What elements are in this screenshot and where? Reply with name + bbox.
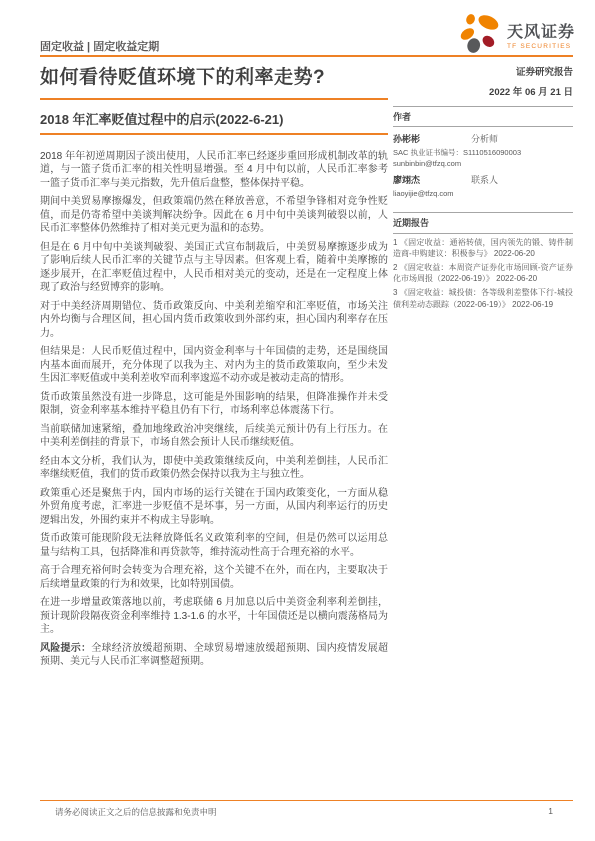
body-paragraph: 但结果是：人民币贬值过程中，国内资金利率与十年国债的走势，还是围绕国内基本面而展… <box>40 345 388 386</box>
body-paragraph: 在进一步增量政策落地以前，考虑联储 6 月加息以后中美资金利率利差倒挂，预计现阶… <box>40 596 388 637</box>
main-column: 如何看待贬值环境下的利率走势? 2018 年汇率贬值过程中的启示(2022-6-… <box>40 62 388 674</box>
subtitle-rule <box>40 133 388 135</box>
body-paragraph: 但是在 6 月中旬中美谈判破裂、美国正式宣布制裁后，中美贸易摩擦逐步成为了影响后… <box>40 241 388 295</box>
author-block: 孙彬彬 分析师 SAC 执业证书编号：S1110516090003 sunbin… <box>393 132 573 198</box>
body-paragraph: 对于中美经济周期错位、货币政策反向、中美利差缩窄和汇率贬值，市场关注内外均衡与合… <box>40 300 388 341</box>
body-paragraph: 当前联储加速紧缩，叠加地缘政治冲突继续，后续美元预计仍有上行压力。在中美利差倒挂… <box>40 423 388 450</box>
brand-subtitle: TF SECURITIES <box>507 43 575 50</box>
footer-rule <box>40 800 573 801</box>
author-name: 廖翊杰 <box>393 173 471 186</box>
report-date: 2022 年 06 月 21 日 <box>393 84 573 98</box>
report-title: 如何看待贬值环境下的利率走势? <box>40 62 388 89</box>
report-body: 2018 年年初逆周期因子淡出使用，人民币汇率已经逐步重回形成机制改革的轨道，与… <box>40 150 388 669</box>
footer-disclaimer: 请务必阅读正文之后的信息披露和免责申明 <box>55 806 217 818</box>
author-role: 分析师 <box>471 132 498 145</box>
header-rule <box>40 55 573 57</box>
report-page: 固定收益 | 固定收益定期 天风证券 TF SECURITIES 如何看待贬值环… <box>0 0 595 841</box>
body-paragraph: 期间中美贸易摩擦爆发，但政策端仍然在释放善意，不希望争锋相对竞争性贬值，而是仍寄… <box>40 195 388 236</box>
author-role: 联系人 <box>471 173 498 186</box>
author-row: 孙彬彬 分析师 <box>393 132 573 145</box>
side-column: 证券研究报告 2022 年 06 月 21 日 作者 孙彬彬 分析师 SAC 执… <box>393 64 573 310</box>
author-email: liaoyijie@tfzq.com <box>393 189 573 198</box>
author-email: sunbinbin@tfzq.com <box>393 159 573 168</box>
report-subtitle: 2018 年汇率贬值过程中的启示(2022-6-21) <box>40 109 388 128</box>
flower-icon <box>459 13 501 55</box>
footer: 请务必阅读正文之后的信息披露和免责申明 1 <box>55 806 553 818</box>
author-name: 孙彬彬 <box>393 132 471 145</box>
brand-logo: 天风证券 TF SECURITIES <box>459 13 575 55</box>
authors-section-label: 作者 <box>393 106 573 127</box>
page-number: 1 <box>548 806 553 818</box>
category-label: 固定收益 | 固定收益定期 <box>40 38 159 54</box>
title-rule <box>40 98 388 100</box>
report-type-label: 证券研究报告 <box>393 64 573 78</box>
author-row: 廖翊杰 联系人 <box>393 173 573 186</box>
recent-report-item: 1 《固定收益：通裕转债，国内领先的锻、铸件制造商-申购建议：积极参与》 202… <box>393 237 573 259</box>
author-cert: SAC 执业证书编号：S1110516090003 <box>393 148 573 157</box>
recent-reports-section-label: 近期报告 <box>393 212 573 234</box>
risk-paragraph: 风险提示：全球经济放缓超预期、全球贸易增速放缓超预期、国内疫情发展超预期、美元与… <box>40 642 388 669</box>
risk-text: 全球经济放缓超预期、全球贸易增速放缓超预期、国内疫情发展超预期、美元与人民币汇率… <box>40 643 388 668</box>
body-paragraph: 货币政策虽然没有进一步降息，这可能是外围影响的结果，但降准操作并未受限制，资金利… <box>40 391 388 418</box>
body-paragraph: 货币政策可能现阶段无法释放降低名义政策利率的空间，但是仍然可以运用总量与结构工具… <box>40 532 388 559</box>
brand-name: 天风证券 <box>507 19 575 42</box>
recent-report-item: 3 《固定收益：城投债：各等级利差整体下行-城投债利差动态跟踪（2022-06-… <box>393 287 573 309</box>
body-paragraph: 政策重心还是聚焦于内，国内市场的运行关键在于国内政策变化，一方面从稳外贸角度考虑… <box>40 487 388 528</box>
body-paragraph: 2018 年年初逆周期因子淡出使用，人民币汇率已经逐步重回形成机制改革的轨道，与… <box>40 150 388 191</box>
recent-report-item: 2 《固定收益：本周资产证券化市场回顾-资产证券化市场周报（2022-06-19… <box>393 262 573 284</box>
body-paragraph: 高于合理充裕何时会转变为合理充裕，这个关键不在外，而在内，主要取决于后续增量政策… <box>40 564 388 591</box>
body-paragraph: 经由本文分析，我们认为，即使中美政策继续反向，中美利差倒挂，人民币汇率继续贬值，… <box>40 455 388 482</box>
recent-reports-list: 1 《固定收益：通裕转债，国内领先的锻、铸件制造商-申购建议：积极参与》 202… <box>393 237 573 310</box>
risk-label: 风险提示： <box>40 643 91 654</box>
brand-text: 天风证券 TF SECURITIES <box>507 19 575 50</box>
